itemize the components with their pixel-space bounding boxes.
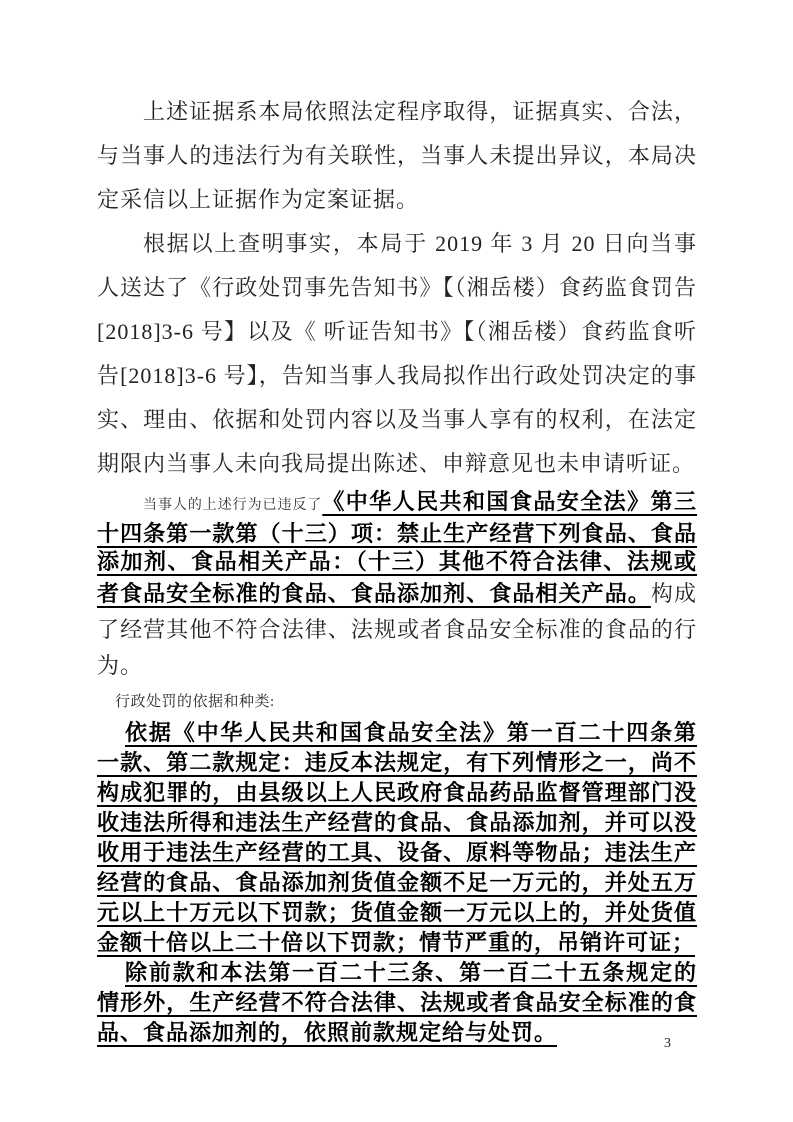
penalty-basis-other-cases-text: 除前款和本法第一百二十三条、第一百二十五条规定的情形外，生产经营不符合法律、法规…	[97, 960, 697, 1045]
paragraph-prior-notice: 根据以上查明事实，本局于 2019 年 3 月 20 日向当事人送达了《行政处罚…	[97, 222, 697, 486]
violation-lead-text: 当事人的上述行为已违反了	[143, 498, 322, 513]
paragraph-penalty-basis-other-cases: 除前款和本法第一百二十三条、第一百二十五条规定的情形外，生产经营不符合法律、法规…	[97, 958, 697, 1048]
paragraph-violation-determination: 当事人的上述行为已违反了《中华人民共和国食品安全法》第三十四条第一款第（十三）项…	[97, 488, 697, 684]
document-page: 上述证据系本局依照法定程序取得，证据真实、合法，与当事人的违法行为有关联性，当事…	[0, 0, 793, 1122]
page-number: 3	[664, 1036, 671, 1052]
penalty-basis-article124-text: 依据《中华人民共和国食品安全法》第一百二十四条第一款、第二款规定：违反本法规定，…	[97, 720, 697, 955]
section-label-penalty-basis: 行政处罚的依据和种类:	[97, 686, 697, 718]
paragraph-evidence-adoption: 上述证据系本局依照法定程序取得，证据真实、合法，与当事人的违法行为有关联性，当事…	[97, 90, 697, 222]
paragraph-penalty-basis-article124: 依据《中华人民共和国食品安全法》第一百二十四条第一款、第二款规定：违反本法规定，…	[97, 718, 697, 958]
